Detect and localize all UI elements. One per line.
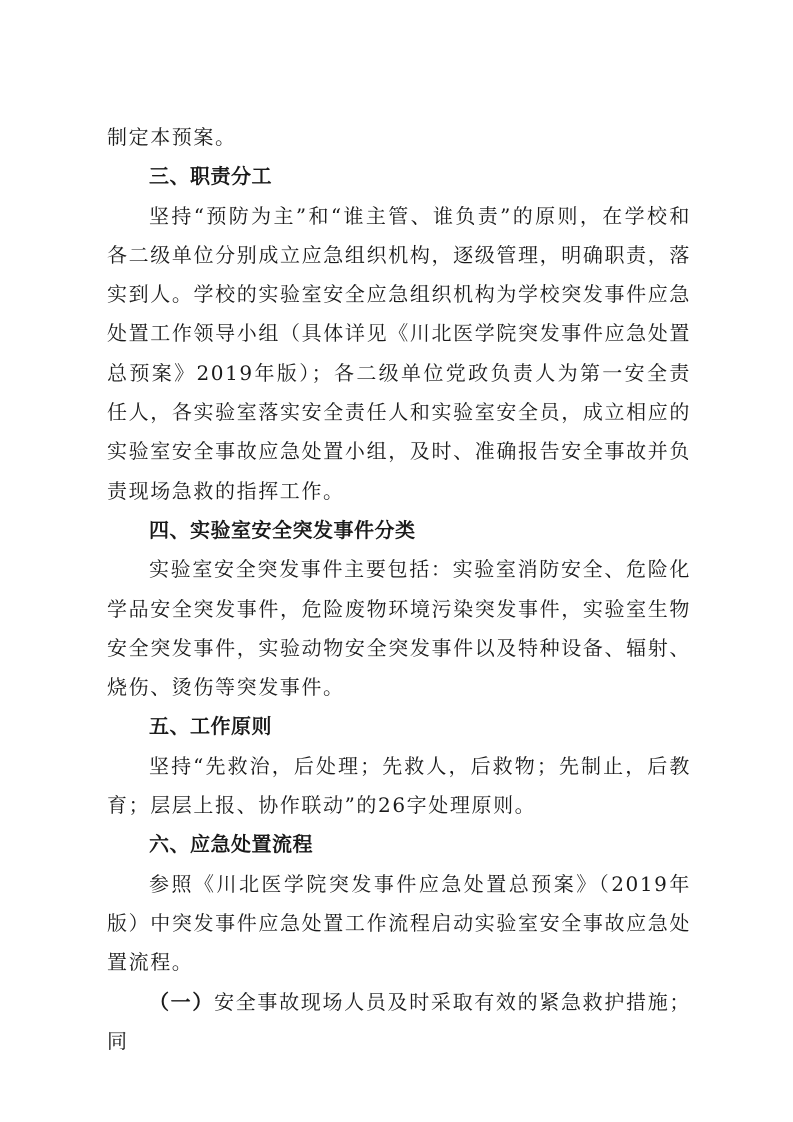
paragraph-closing-preamble: 制定本预案。 <box>107 118 691 157</box>
section-heading-responsibilities: 三、职责分工 <box>107 157 691 196</box>
paragraph-incident-classification: 实验室安全突发事件主要包括：实验室消防安全、危险化学品安全突发事件，危险废物环境… <box>107 550 691 707</box>
numbered-item-1: （一）安全事故现场人员及时采取有效的紧急救护措施；同 <box>107 983 691 1062</box>
section-heading-emergency-procedure: 六、应急处置流程 <box>107 825 691 864</box>
section-heading-working-principles: 五、工作原则 <box>107 707 691 746</box>
document-page: 制定本预案。 三、职责分工 坚持“预防为主”和“谁主管、谁负责”的原则，在学校和… <box>107 118 691 1061</box>
section-heading-incident-classification: 四、实验室安全突发事件分类 <box>107 511 691 550</box>
paragraph-working-principles: 坚持“先救治，后处理；先救人，后救物；先制止，后教育；层层上报、协作联动”的26… <box>107 747 691 826</box>
paragraph-responsibilities: 坚持“预防为主”和“谁主管、谁负责”的原则，在学校和各二级单位分别成立应急组织机… <box>107 197 691 511</box>
paragraph-emergency-procedure: 参照《川北医学院突发事件应急处置总预案》（2019年版）中突发事件应急处置工作流… <box>107 865 691 983</box>
item-number: （一） <box>149 990 214 1014</box>
